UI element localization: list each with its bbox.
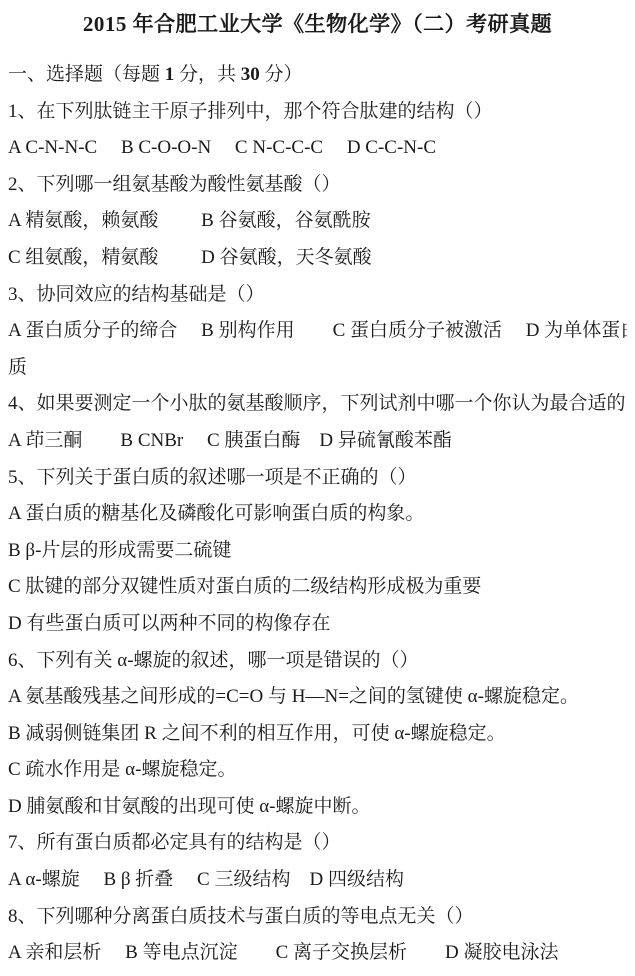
question-2-options-line-2: C 组氨酸，精氨酸 D 谷氨酸，天冬氨酸	[8, 240, 627, 277]
question-1-options: A C-N-N-C B C-O-O-N C N-C-C-C D C-C-N-C	[8, 130, 627, 167]
section-heading-end: 分）	[260, 64, 303, 85]
question-5-stem: 5、下列关于蛋白质的叙述哪一项是不正确的（）	[8, 460, 627, 497]
exam-title: 2015 年合肥工业大学《生物化学》（二）考研真题	[8, 6, 627, 42]
exam-body: 一、选择题（每题 1 分，共 30 分） 1、在下列肽链主干原子排列中，那个符合…	[8, 57, 627, 972]
total-points: 30	[241, 64, 260, 85]
question-4-stem: 4、如果要测定一个小肽的氨基酸顺序，下列试剂中哪一个你认为最合适的（）	[8, 386, 627, 423]
question-6-option-d: D 脯氨酸和甘氨酸的出现可使 α-螺旋中断。	[8, 789, 627, 826]
question-3-stem: 3、协同效应的结构基础是（）	[8, 277, 627, 314]
question-7-options: A α-螺旋 B β 折叠 C 三级结构 D 四级结构	[8, 862, 627, 899]
question-5-option-c: C 肽键的部分双键性质对蛋白质的二级结构形成极为重要	[8, 569, 627, 606]
question-7-stem: 7、所有蛋白质都必定具有的结构是（）	[8, 825, 627, 862]
question-3-options-line-2: 质	[8, 350, 627, 387]
section-heading: 一、选择题（每题 1 分，共 30 分）	[8, 57, 627, 94]
question-3-options-line-1: A 蛋白质分子的缔合 B 别构作用 C 蛋白质分子被激活 D 为单体蛋白	[8, 313, 627, 350]
question-6-stem: 6、下列有关 α-螺旋的叙述，哪一项是错误的（）	[8, 643, 627, 680]
question-8-stem: 8、下列哪种分离蛋白质技术与蛋白质的等电点无关（）	[8, 899, 627, 936]
question-2-options-line-1: A 精氨酸，赖氨酸 B 谷氨酸，谷氨酰胺	[8, 203, 627, 240]
question-6-option-b: B 减弱侧链集团 R 之间不利的相互作用，可使 α-螺旋稳定。	[8, 716, 627, 753]
exam-document-page: 2015 年合肥工业大学《生物化学》（二）考研真题 一、选择题（每题 1 分，共…	[0, 0, 635, 976]
question-5-option-b: B β-片层的形成需要二硫键	[8, 533, 627, 570]
points-per-question: 1	[165, 64, 175, 85]
section-heading-text: 一、选择题（每题	[8, 64, 165, 85]
question-6-option-c: C 疏水作用是 α-螺旋稳定。	[8, 752, 627, 789]
question-5-option-a: A 蛋白质的糖基化及磷酸化可影响蛋白质的构象。	[8, 496, 627, 533]
section-heading-mid: 分，共	[174, 64, 241, 85]
question-1-stem: 1、在下列肽链主干原子排列中，那个符合肽建的结构（）	[8, 94, 627, 131]
question-5-option-d: D 有些蛋白质可以两种不同的构像存在	[8, 606, 627, 643]
question-4-options: A 茚三酮 B CNBr C 胰蛋白酶 D 异硫氰酸苯酯	[8, 423, 627, 460]
question-8-options: A 亲和层析 B 等电点沉淀 C 离子交换层析 D 凝胶电泳法	[8, 935, 627, 972]
question-6-option-a: A 氨基酸残基之间形成的=C=O 与 H—N=之间的氢键使 α-螺旋稳定。	[8, 679, 627, 716]
question-2-stem: 2、下列哪一组氨基酸为酸性氨基酸（）	[8, 167, 627, 204]
